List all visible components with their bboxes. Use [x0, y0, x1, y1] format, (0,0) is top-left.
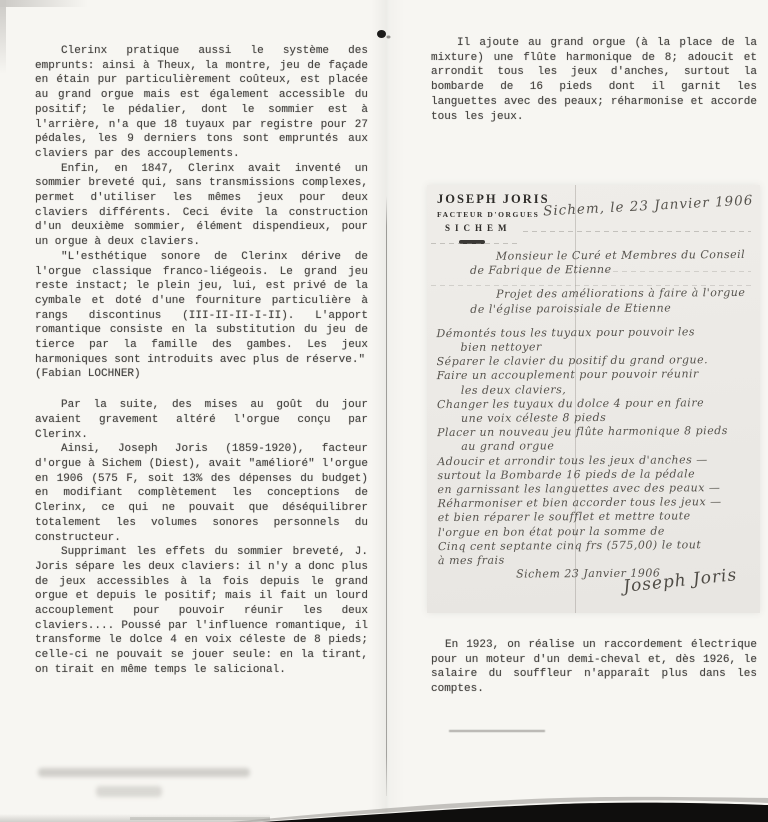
letter-line: de Fabrique de Etienne — [470, 262, 752, 278]
book-spread-scan: Clerinx pratique aussi le système des em… — [0, 0, 768, 822]
letter-line: Projet des améliorations à faire à l'org… — [496, 286, 752, 302]
paragraph: Enfin, en 1847, Clerinx avait inventé un… — [35, 162, 368, 250]
gutter-shadow — [371, 0, 405, 822]
right-bottom-paragraph: En 1923, on réalise un raccordement élec… — [431, 638, 757, 697]
letter-line: Placer un nouveau jeu flûte harmonique 8… — [437, 424, 753, 440]
paragraph: Clerinx pratique aussi le système des em… — [35, 44, 368, 162]
letterhead-rule — [431, 243, 517, 244]
section-rule — [449, 730, 545, 732]
staple-hole — [377, 30, 386, 38]
paragraph: Par la suite, des mises au goût du jour … — [35, 398, 368, 442]
letterhead-rule — [523, 231, 751, 232]
left-page-column: Clerinx pratique aussi le système des em… — [35, 44, 368, 678]
letter-line: Séparer le clavier du positif du grand o… — [437, 353, 753, 369]
gutter-fold-line — [386, 196, 387, 796]
scan-edge-top — [0, 0, 88, 7]
paragraph: "L'esthétique sonore de Clerinx dérive d… — [35, 250, 368, 368]
paragraph: Ainsi, Joseph Joris (1859-1920), facteur… — [35, 442, 368, 545]
letterhead: JOSEPH JORIS FACTEUR D'ORGUES SICHEM — [437, 192, 550, 244]
letter-line: de l'église paroissiale de Etienne — [470, 301, 752, 317]
scan-edge-left — [0, 0, 6, 74]
letter-line: Adoucir et arrondir tous les jeux d'anch… — [437, 453, 753, 469]
paragraph: (Fabian LOCHNER) — [35, 367, 368, 382]
letterhead-title: FACTEUR D'ORGUES — [437, 210, 550, 219]
ink-smudge — [38, 768, 250, 777]
letter-line: Monsieur le Curé et Membres du Conseil — [496, 248, 752, 264]
letter-line: Réharmoniser et bien accorder tous les j… — [438, 495, 754, 511]
scan-edge-bottom — [0, 814, 270, 822]
letterhead-name: JOSEPH JORIS — [437, 192, 550, 207]
letter-body: Monsieur le Curé et Membres du Conseilde… — [436, 248, 754, 583]
letter-facsimile: JOSEPH JORIS FACTEUR D'ORGUES SICHEM Sic… — [427, 185, 760, 613]
right-top-paragraph: Il ajoute au grand orgue (à la place de … — [431, 36, 757, 124]
paragraph: Supprimant les effets du sommier breveté… — [35, 545, 368, 677]
